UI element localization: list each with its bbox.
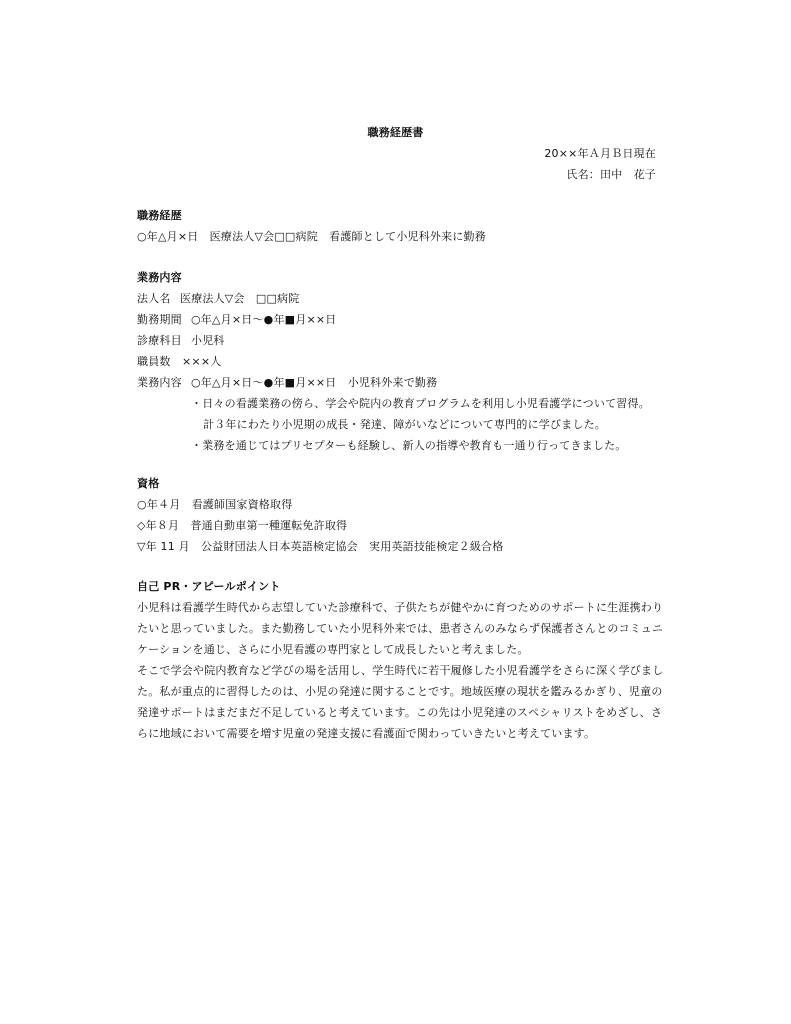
duty-value: ○年△月×日～●年■月××日 小児科外来で勤務 [191, 376, 437, 389]
duty-bullet: ・業務を通じてはプリセプターも経験し、新人の指導や教育も一通り行ってきました。 [191, 439, 626, 453]
duty-row-work: 業務内容○年△月×日～●年■月××日 小児科外来で勤務 [137, 376, 437, 390]
duty-label: 業務内容 [137, 376, 191, 390]
duty-value: ×××人 [182, 355, 221, 368]
duty-label: 法人名 [137, 292, 180, 306]
career-heading: 職務経歴 [137, 209, 182, 223]
duty-row-period: 勤務期間○年△月×日～●年■月××日 [137, 313, 337, 327]
qualifications-heading: 資格 [137, 477, 159, 491]
duty-label: 勤務期間 [137, 313, 191, 327]
duty-label: 診療科目 [137, 334, 191, 348]
career-line: ○年△月×日 医療法人▽会□□病院 看護師として小児科外来に勤務 [137, 230, 486, 244]
applicant-name: 氏名：田中 花子 [566, 168, 656, 182]
qualification-item: ▽年 11 月 公益財団法人日本英語検定協会 実用英語技能検定２級合格 [137, 540, 503, 554]
qualification-item: ○年４月 看護師国家資格取得 [137, 498, 292, 512]
self-pr-line: た。私が重点的に習得したのは、小児の発達に関することです。地域医療の現状を鑑みる… [137, 685, 663, 699]
self-pr-line: らに地域において需要を増す児童の発達支援に看護面で関わっていきたいと考えています… [137, 727, 595, 741]
self-pr-line: 発達サポートはまだまだ不足していると考えています。この先は小児発達のスペシャリス… [137, 706, 662, 720]
duty-row-staff: 職員数×××人 [137, 355, 221, 369]
duty-bullet: ・日々の看護業務の傍ら、学会や院内の教育プログラムを利用し小児看護学について習得… [191, 397, 650, 411]
self-pr-line: そこで学会や院内教育など学びの場を活用し、学生時代に若干履修した小児看護学をさら… [137, 664, 663, 678]
self-pr-heading: 自己 PR・アピールポイント [137, 580, 281, 594]
duty-value: ○年△月×日～●年■月××日 [191, 313, 337, 326]
qualification-item: ◇年８月 普通自動車第一種運転免許取得 [137, 519, 347, 533]
duty-value: 医療法人▽会 □□病院 [180, 292, 299, 305]
duty-row-department: 診療科目小児科 [137, 334, 225, 348]
duty-row-corporation: 法人名医療法人▽会 □□病院 [137, 292, 299, 306]
self-pr-line: 小児科は看護学生時代から志望していた診療科で、子供たちが健やかに育つためのサポー… [137, 601, 663, 615]
duties-heading: 業務内容 [137, 271, 182, 285]
self-pr-line: たいと思っていました。また勤務していた小児科外来では、患者さんのみならず保護者さ… [137, 622, 663, 636]
duty-value: 小児科 [191, 334, 225, 347]
duty-label: 職員数 [137, 355, 182, 369]
duty-bullet-continuation: 計３年にわたり小児期の成長・発達、障がいなどについて専門的に学びました。 [203, 418, 606, 432]
resume-page: 職務経歴書 20××年Ａ月Ｂ日現在 氏名：田中 花子 職務経歴 ○年△月×日 医… [0, 0, 791, 1024]
document-title: 職務経歴書 [0, 126, 791, 140]
document-date: 20××年Ａ月Ｂ日現在 [544, 147, 656, 161]
self-pr-line: ケーションを通じ、さらに小児看護の専門家として成長したいと考えました。 [137, 643, 529, 657]
